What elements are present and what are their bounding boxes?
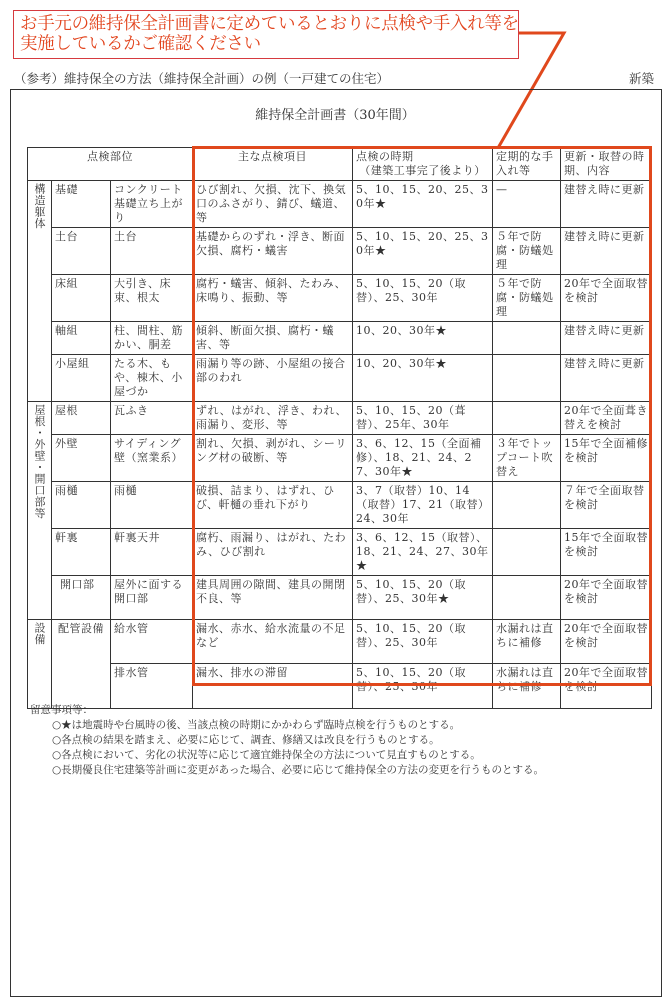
cell-maintenance: 水漏れは直ちに補修 — [493, 664, 561, 709]
table-row: 小屋組 たる木、もや、棟木、小屋づか 雨漏り等の跡、小屋組の接合部のわれ 10、… — [28, 355, 652, 402]
cell-maintenance — [493, 482, 561, 529]
cell-timing: 10、20、30年★ — [353, 322, 493, 355]
category-label: 設備 — [32, 622, 47, 645]
cell-items: 破損、詰まり、はずれ、ひび、軒樋の垂れ下がり — [193, 482, 353, 529]
cell-renewal: 20年で全面葺き替えを検討 — [561, 402, 652, 435]
cell-maintenance: ５年で防腐・防蟻処理 — [493, 275, 561, 322]
cell-renewal: 15年で全面補修を検討 — [561, 435, 652, 482]
cell-renewal: 建替え時に更新 — [561, 181, 652, 228]
table-row: 設備 配管設備 給水管 漏水、赤水、給水流量の不足など 5、10、15、20（取… — [28, 620, 652, 664]
cell-renewal: 20年で全面取替を検討 — [561, 620, 652, 664]
cell-timing: 5、10、15、20（取替）、25、30年 — [353, 620, 493, 664]
new-build-label: 新築 — [629, 69, 654, 87]
header-timing-line2: （建築工事完了後より） — [356, 164, 489, 178]
cell-items: 漏水、排水の滞留 — [193, 664, 353, 709]
note-item: ○★は地震時や台風時の後、当該点検の時期にかかわらず臨時点検を行うものとする。 — [30, 718, 544, 733]
cell-sub: 軒裏天井 — [111, 529, 193, 576]
cell-sub: 土台 — [111, 228, 193, 275]
cell-timing: 3、7（取替）10、14（取替）17、21（取替）24、30年 — [353, 482, 493, 529]
category-label: 構造躯体 — [32, 183, 47, 229]
table-row: 土台 土台 基礎からのずれ・浮き、断面欠損、腐朽・蟻害 5、10、15、20、2… — [28, 228, 652, 275]
cell-renewal: ７年で全面取替を検討 — [561, 482, 652, 529]
note-item: ○長期優良住宅建築等計画に変更があった場合、必要に応じて維持保全の方法の変更を行… — [30, 763, 544, 778]
cell-maintenance: ５年で防腐・防蟻処理 — [493, 228, 561, 275]
cell-part: 基礎 — [52, 181, 111, 228]
cell-sub: たる木、もや、棟木、小屋づか — [111, 355, 193, 402]
cell-sub: 給水管 — [111, 620, 193, 664]
header-timing-line1: 点検の時期 — [356, 150, 489, 164]
cell-renewal: 建替え時に更新 — [561, 355, 652, 402]
table-row: 外壁 サイディング壁（窯業系） 割れ、欠損、剥がれ、シーリング材の破断、等 3、… — [28, 435, 652, 482]
cell-maintenance: ３年でトップコート吹替え — [493, 435, 561, 482]
header-maintenance: 定期的な手入れ等 — [493, 148, 561, 181]
table-row: 構造躯体 基礎 コンクリート基礎立ち上がり ひび割れ、欠損、沈下、換気口のふさが… — [28, 181, 652, 228]
cell-part: 軒裏 — [52, 529, 111, 576]
cell-timing: 5、10、15、20（取替）、25、30年★ — [353, 576, 493, 620]
cell-renewal: 建替え時に更新 — [561, 228, 652, 275]
cell-sub: コンクリート基礎立ち上がり — [111, 181, 193, 228]
reference-title: （参考）維持保全の方法（維持保全計画）の例（一戸建ての住宅） — [14, 69, 389, 87]
cell-items: ひび割れ、欠損、沈下、換気口のふさがり、錆び、蟻道、等 — [193, 181, 353, 228]
cell-renewal: 20年で全面取替を検討 — [561, 664, 652, 709]
category-label: 屋根・外壁・開口部等 — [32, 404, 47, 519]
cell-timing: 5、10、15、20、25、30年★ — [353, 181, 493, 228]
cell-part: 土台 — [52, 228, 111, 275]
category-roof-wall-openings: 屋根・外壁・開口部等 — [28, 402, 52, 620]
cell-sub: 排水管 — [111, 664, 193, 709]
cell-maintenance — [493, 529, 561, 576]
cell-sub: 屋外に面する開口部 — [111, 576, 193, 620]
callout-line-1: お手元の維持保全計画書に定めているとおりに点検や手入れ等を — [20, 14, 518, 34]
cell-timing: 5、10、15、20（取替）、25、30年 — [353, 275, 493, 322]
cell-renewal: 20年で全面取替を検討 — [561, 275, 652, 322]
cell-sub: 大引き、床束、根太 — [111, 275, 193, 322]
cell-sub: 雨樋 — [111, 482, 193, 529]
cell-timing: 3、6、12、15（取替）、18、21、24、27、30年★ — [353, 529, 493, 576]
cell-maintenance — [493, 355, 561, 402]
cell-timing: 5、10、15、20（葺替）、25年、30年 — [353, 402, 493, 435]
cell-timing: 10、20、30年★ — [353, 355, 493, 402]
cell-part: 小屋組 — [52, 355, 111, 402]
cell-maintenance — [493, 402, 561, 435]
category-equipment: 設備 — [28, 620, 52, 709]
table-row: 雨樋 雨樋 破損、詰まり、はずれ、ひび、軒樋の垂れ下がり 3、7（取替）10、1… — [28, 482, 652, 529]
header-part: 点検部位 — [28, 148, 193, 181]
header-items: 主な点検項目 — [193, 148, 353, 181]
cell-maintenance — [493, 322, 561, 355]
cell-part: 床組 — [52, 275, 111, 322]
cell-items: 基礎からのずれ・浮き、断面欠損、腐朽・蟻害 — [193, 228, 353, 275]
cell-sub: サイディング壁（窯業系） — [111, 435, 193, 482]
table-row: 軸組 柱、間柱、筋かい、胴差 傾斜、断面欠損、腐朽・蟻害、等 10、20、30年… — [28, 322, 652, 355]
note-item: ○各点検の結果を踏まえ、必要に応じて、調査、修繕又は改良を行うものとする。 — [30, 733, 544, 748]
callout-box: お手元の維持保全計画書に定めているとおりに点検や手入れ等を 実施しているかご確認… — [13, 10, 519, 59]
cell-items: ずれ、はがれ、浮き、われ、雨漏り、変形、等 — [193, 402, 353, 435]
cell-part: 外壁 — [52, 435, 111, 482]
cell-items: 建具周囲の隙間、建具の開閉不良、等 — [193, 576, 353, 620]
header-timing: 点検の時期（建築工事完了後より） — [353, 148, 493, 181]
table-row: 屋根・外壁・開口部等 屋根 瓦ふき ずれ、はがれ、浮き、われ、雨漏り、変形、等 … — [28, 402, 652, 435]
cell-renewal: 15年で全面取替を検討 — [561, 529, 652, 576]
cell-part: 屋根 — [52, 402, 111, 435]
cell-renewal: 20年で全面取替を検討 — [561, 576, 652, 620]
cell-sub: 瓦ふき — [111, 402, 193, 435]
maintenance-plan-table: 点検部位 主な点検項目 点検の時期（建築工事完了後より） 定期的な手入れ等 更新… — [27, 147, 652, 709]
cell-items: 漏水、赤水、給水流量の不足など — [193, 620, 353, 664]
cell-renewal: 建替え時に更新 — [561, 322, 652, 355]
cell-items: 傾斜、断面欠損、腐朽・蟻害、等 — [193, 322, 353, 355]
notes-section: 留意事項等： ○★は地震時や台風時の後、当該点検の時期にかかわらず臨時点検を行う… — [30, 703, 544, 778]
cell-items: 割れ、欠損、剥がれ、シーリング材の破断、等 — [193, 435, 353, 482]
cell-items: 腐朽、雨漏り、はがれ、たわみ、ひび割れ — [193, 529, 353, 576]
cell-timing: 5、10、15、20、25、30年★ — [353, 228, 493, 275]
cell-maintenance — [493, 576, 561, 620]
cell-maintenance: 水漏れは直ちに補修 — [493, 620, 561, 664]
cell-part: 開口部 — [52, 576, 111, 620]
callout-line-2: 実施しているかご確認ください — [20, 34, 518, 54]
cell-part: 雨樋 — [52, 482, 111, 529]
cell-items: 腐朽・蟻害、傾斜、たわみ、床鳴り、振動、等 — [193, 275, 353, 322]
cell-timing: 5、10、15、20（取替）、25、30年 — [353, 664, 493, 709]
cell-part: 配管設備 — [52, 620, 111, 709]
note-item: ○各点検において、劣化の状況等に応じて適宜維持保全の方法について見直すものとする… — [30, 748, 544, 763]
plan-title: 維持保全計画書（30年間） — [0, 104, 670, 123]
table-row: 排水管 漏水、排水の滞留 5、10、15、20（取替）、25、30年 水漏れは直… — [28, 664, 652, 709]
cell-maintenance: — — [493, 181, 561, 228]
notes-heading: 留意事項等： — [30, 703, 544, 718]
cell-items: 雨漏り等の跡、小屋組の接合部のわれ — [193, 355, 353, 402]
table-row: 床組 大引き、床束、根太 腐朽・蟻害、傾斜、たわみ、床鳴り、振動、等 5、10、… — [28, 275, 652, 322]
cell-part: 軸組 — [52, 322, 111, 355]
table-row: 開口部 屋外に面する開口部 建具周囲の隙間、建具の開閉不良、等 5、10、15、… — [28, 576, 652, 620]
category-structure: 構造躯体 — [28, 181, 52, 402]
table-header-row: 点検部位 主な点検項目 点検の時期（建築工事完了後より） 定期的な手入れ等 更新… — [28, 148, 652, 181]
cell-timing: 3、6、12、15（全面補修）、18、21、24、27、30年★ — [353, 435, 493, 482]
header-renewal: 更新・取替の時期、内容 — [561, 148, 652, 181]
cell-sub: 柱、間柱、筋かい、胴差 — [111, 322, 193, 355]
table-row: 軒裏 軒裏天井 腐朽、雨漏り、はがれ、たわみ、ひび割れ 3、6、12、15（取替… — [28, 529, 652, 576]
